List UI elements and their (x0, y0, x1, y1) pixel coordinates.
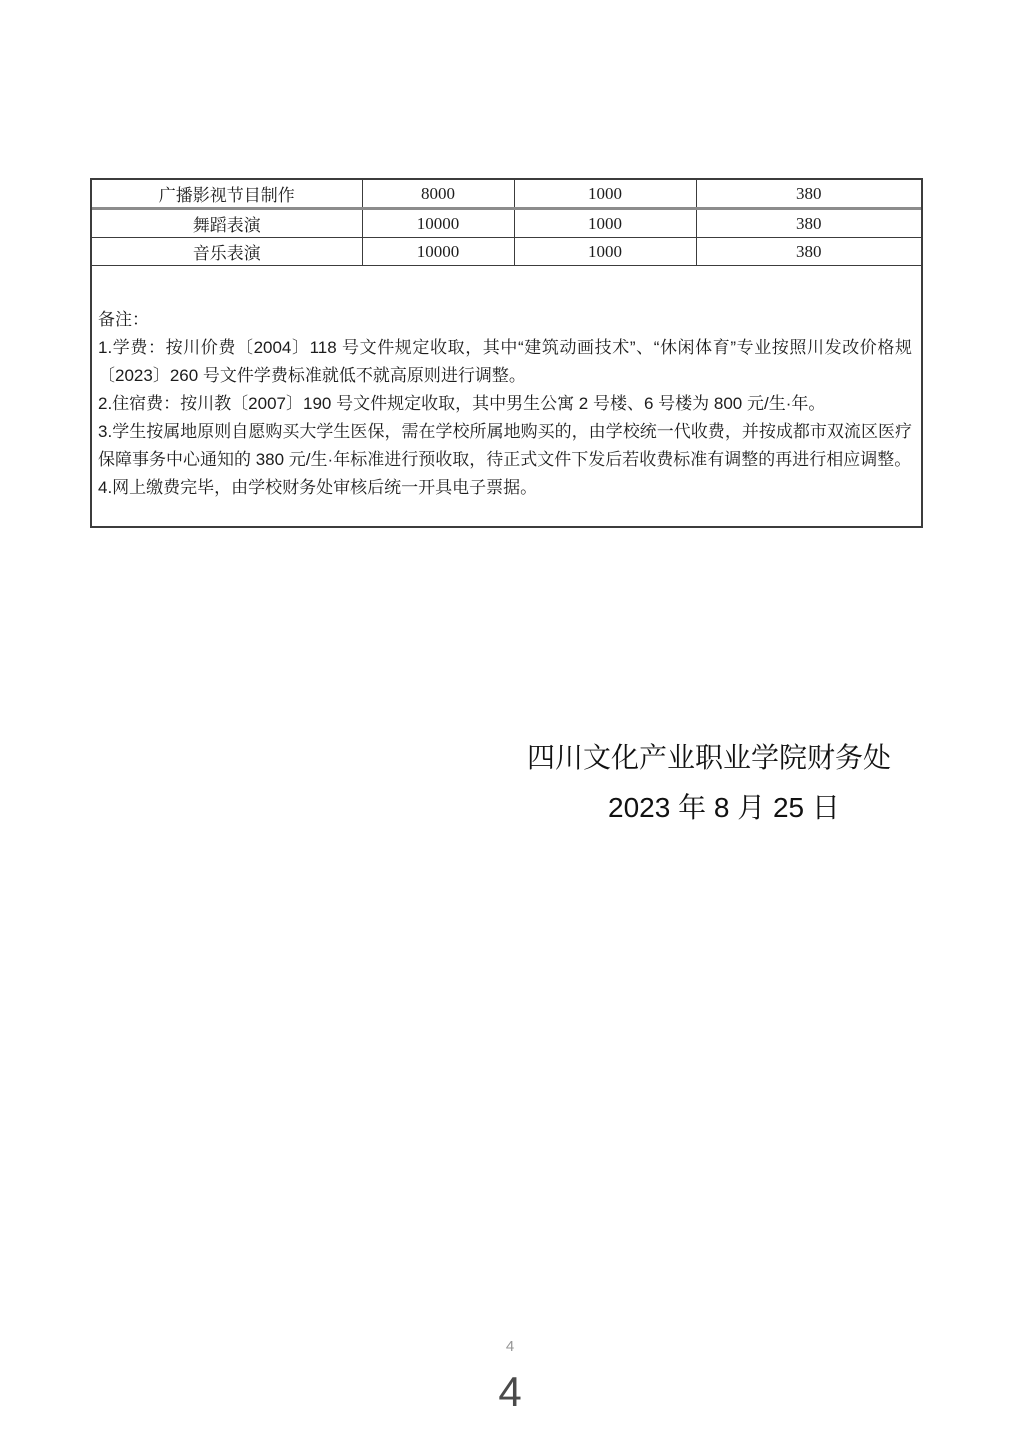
document-page: 广播影视节目制作 8000 1000 380 舞蹈表演 10000 1000 3… (0, 0, 1024, 1444)
note-item-1: 1.学费：按川价费〔2004〕118 号文件规定收取，其中“建筑动画技术”、“休… (98, 334, 912, 390)
insurance-cell: 380 (696, 209, 921, 238)
notes-section: 备注： 1.学费：按川价费〔2004〕118 号文件规定收取，其中“建筑动画技术… (92, 266, 921, 502)
major-name-cell: 广播影视节目制作 (92, 180, 362, 209)
major-name-cell: 音乐表演 (92, 238, 362, 266)
note-item-4: 4.网上缴费完毕，由学校财务处审核后统一开具电子票据。 (98, 474, 912, 502)
tuition-cell: 10000 (362, 238, 514, 266)
insurance-cell: 380 (696, 180, 921, 209)
fee-table-box: 广播影视节目制作 8000 1000 380 舞蹈表演 10000 1000 3… (90, 178, 923, 528)
major-name-cell: 舞蹈表演 (92, 209, 362, 238)
accommodation-cell: 1000 (514, 238, 696, 266)
tuition-cell: 10000 (362, 209, 514, 238)
note-item-2: 2.住宿费：按川教〔2007〕190 号文件规定收取，其中男生公寓 2 号楼、6… (98, 390, 912, 418)
table-row: 音乐表演 10000 1000 380 (92, 238, 921, 266)
note-item-3: 3.学生按属地原则自愿购买大学生医保，需在学校所属地购买的，由学校统一代收费，并… (98, 418, 912, 474)
notes-label: 备注： (98, 306, 912, 334)
fee-table: 广播影视节目制作 8000 1000 380 舞蹈表演 10000 1000 3… (92, 180, 921, 266)
table-row: 广播影视节目制作 8000 1000 380 (92, 180, 921, 209)
accommodation-cell: 1000 (514, 209, 696, 238)
accommodation-cell: 1000 (514, 180, 696, 209)
table-row: 舞蹈表演 10000 1000 380 (92, 209, 921, 238)
page-number-large: 4 (0, 1368, 1020, 1416)
page-number-small: 4 (0, 1338, 1020, 1355)
signature-organization: 四川文化产业职业学院财务处 (527, 736, 891, 776)
insurance-cell: 380 (696, 238, 921, 266)
tuition-cell: 8000 (362, 180, 514, 209)
signature-date: 2023 年 8 月 25 日 (608, 786, 840, 826)
